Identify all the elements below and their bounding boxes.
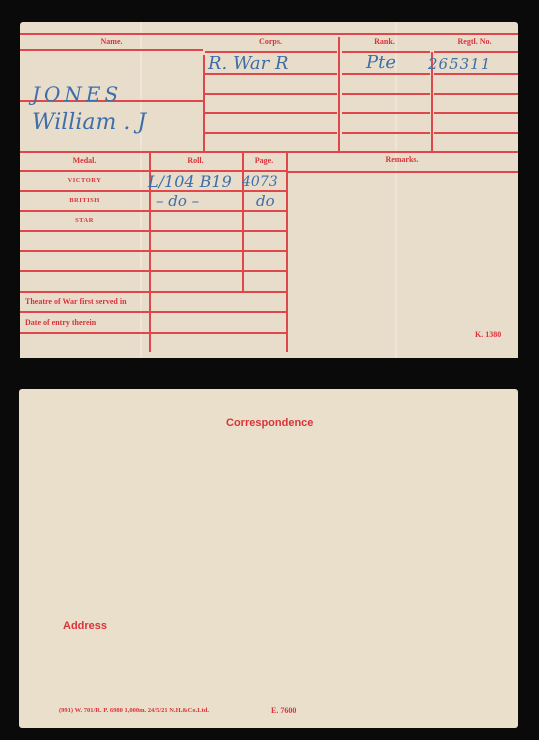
surname-entry: JONES [32, 82, 122, 106]
rule [288, 171, 518, 173]
rule [286, 152, 288, 352]
rank-entry: Pte [366, 52, 396, 73]
rule [20, 291, 286, 293]
rule [342, 112, 430, 114]
rule [434, 73, 518, 75]
rule [434, 93, 518, 95]
rule [20, 33, 518, 35]
remarks-header: Remarks. [286, 155, 518, 164]
rule [20, 332, 286, 334]
medal-british: British [20, 197, 149, 204]
medal-victory: Victory [20, 177, 149, 184]
rule [342, 93, 430, 95]
rule [20, 250, 286, 252]
address-heading: Address [63, 620, 107, 632]
medal-card-back: Correspondence Address (991) W. 701/R. P… [19, 389, 518, 728]
rule [20, 270, 286, 272]
medal-star: Star [20, 217, 149, 224]
rule [20, 230, 286, 232]
rule [205, 93, 337, 95]
medal-card-front: Name. Corps. Rank. Regtl. No. JONES Will… [20, 22, 518, 358]
page-british-entry: do [256, 192, 275, 210]
name-header: Name. [20, 37, 203, 46]
corps-entry: R. War R [208, 53, 289, 74]
printer-code: E. 7600 [271, 706, 296, 715]
rule [203, 55, 205, 151]
rule [338, 37, 340, 151]
regtl-no-entry: 265311 [428, 55, 491, 73]
rule [434, 112, 518, 114]
rule [434, 51, 518, 53]
rule [205, 132, 337, 134]
form-code: K. 1380 [475, 330, 501, 339]
page-header: Page. [242, 156, 286, 165]
regtl-no-header: Regtl. No. [431, 37, 518, 46]
rule [20, 210, 286, 212]
rule [205, 112, 337, 114]
rule [342, 73, 430, 75]
roll-header: Roll. [149, 156, 242, 165]
corps-header: Corps. [203, 37, 338, 46]
page-victory-entry: 4073 [242, 174, 278, 190]
rank-header: Rank. [338, 37, 431, 46]
printer-line: (991) W. 701/R. P. 6980 1,000m. 24/5/21 … [59, 707, 209, 714]
rule [20, 49, 203, 51]
roll-british-entry: – do – [156, 192, 199, 210]
rule [342, 132, 430, 134]
theatre-of-war-label: Theatre of War first served in [25, 297, 127, 306]
date-of-entry-label: Date of entry therein [25, 318, 96, 327]
forenames-entry: William . J [32, 110, 146, 135]
rule [20, 151, 518, 153]
rule [20, 311, 286, 313]
roll-victory-entry: L/104 B19 [148, 172, 232, 191]
rule [434, 132, 518, 134]
medal-header: Medal. [20, 156, 149, 165]
correspondence-heading: Correspondence [226, 417, 313, 429]
